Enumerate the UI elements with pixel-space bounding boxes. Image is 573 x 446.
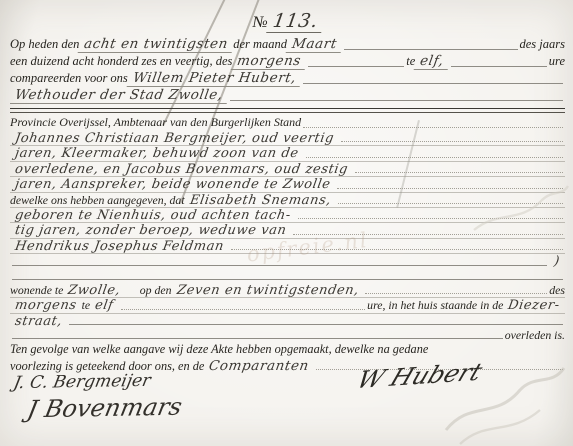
declarant-line: jaren, Kleermaker, behuwd zoon van de bbox=[10, 146, 565, 161]
fill-street-part1: Diezer- bbox=[502, 298, 565, 313]
fill-daypart: morgens bbox=[231, 53, 308, 70]
printed-text: Op heden den bbox=[10, 37, 79, 52]
overleden-line: overleden is. bbox=[10, 328, 565, 342]
dotted-rule bbox=[355, 171, 563, 173]
fill-husband-name: Hendrikus Josephus Feldman bbox=[10, 239, 230, 254]
dotted-rule bbox=[365, 292, 547, 294]
act-number-value: 113. bbox=[266, 10, 324, 33]
death-time-line: morgens te elf ure, in het huis staande … bbox=[10, 298, 565, 313]
printed-text: een duizend acht honderd zes en veertig,… bbox=[10, 54, 232, 69]
printed-text: dewelke ons hebben aangegeven, dat bbox=[10, 193, 185, 208]
rule bbox=[12, 278, 563, 280]
fill-comparanten: Comparanten bbox=[203, 358, 315, 374]
dotted-rule bbox=[121, 308, 366, 310]
printed-text: der maand bbox=[233, 37, 287, 52]
printed-text: overleden is. bbox=[505, 328, 565, 342]
intro-line-2: een duizend acht honderd zes en veertig,… bbox=[10, 53, 565, 70]
bracket-flourish: ) bbox=[548, 254, 565, 268]
intro-paragraph: Op heden den acht en twintigsten der maa… bbox=[10, 36, 565, 104]
declarant-line: Johannes Christiaan Bergmeijer, oud veer… bbox=[10, 131, 565, 146]
fill-declarant-1: Johannes Christiaan Bergmeijer, oud veer… bbox=[10, 131, 340, 146]
dotted-rule bbox=[231, 248, 563, 250]
intro-line-4: Wethouder der Stad Zwolle, bbox=[10, 87, 565, 104]
dotted-rule bbox=[306, 156, 563, 158]
closing-line-1: Ten gevolge van welke aangave wij deze A… bbox=[10, 342, 565, 358]
rule bbox=[12, 264, 547, 266]
printed-text: Ten gevolge van welke aangave wij deze A… bbox=[10, 342, 428, 357]
rule bbox=[308, 65, 404, 67]
rule bbox=[12, 337, 503, 339]
fill-official-title: Wethouder der Stad Zwolle, bbox=[10, 87, 229, 104]
printed-text: ure, in het huis staande in de bbox=[367, 298, 503, 313]
fill-declarant-2-details: jaren, Aanspreker, beide wonende te Zwol… bbox=[10, 177, 337, 192]
printed-text: Provincie Overijssel, Ambtenaar van den … bbox=[10, 115, 301, 130]
fill-hour: elf, bbox=[414, 53, 450, 70]
fill-declarant-1-details: jaren, Kleermaker, behuwd zoon van de bbox=[10, 146, 305, 161]
printed-text: ure bbox=[549, 54, 565, 69]
numero-sign: № bbox=[253, 14, 268, 32]
intro-line-3: compareerden voor ons Willem Pieter Hube… bbox=[10, 70, 565, 87]
ink-bleedthrough bbox=[440, 360, 570, 446]
death-certificate-scan: № 113. Op heden den acht en twintigsten … bbox=[0, 0, 573, 446]
fill-official-name: Willem Pieter Hubert, bbox=[126, 70, 302, 87]
fill-death-hour: elf bbox=[89, 298, 120, 313]
printed-text: op den bbox=[140, 283, 172, 298]
intro-line-1: Op heden den acht en twintigsten der maa… bbox=[10, 36, 565, 53]
fill-death-day: Zeven en twintigstenden, bbox=[170, 283, 364, 298]
fill-registration-day: acht en twintigsten bbox=[78, 36, 235, 53]
dotted-rule bbox=[303, 126, 563, 128]
printed-text: compareerden voor ons bbox=[10, 71, 128, 86]
printed-text: wonende te bbox=[10, 283, 63, 298]
rule bbox=[451, 65, 547, 67]
declarant-line: overledene, en Jacobus Bovenmars, oud ze… bbox=[10, 162, 565, 177]
double-rule bbox=[10, 108, 565, 113]
rule bbox=[344, 48, 518, 50]
street-line: straat, bbox=[10, 314, 565, 328]
printed-text: des jaars bbox=[520, 37, 566, 52]
fill-deceased-birth-age: geboren te Nienhuis, oud achten tach- bbox=[10, 208, 297, 223]
fill-residence: Zwolle, bbox=[62, 283, 127, 298]
signature-comparant-1: J. C. Bergmeijer bbox=[12, 371, 153, 393]
act-number: № 113. bbox=[10, 10, 565, 36]
blank-ruled-line bbox=[10, 269, 565, 283]
fill-death-daypart: morgens bbox=[10, 298, 83, 313]
registry-header: Provincie Overijssel, Ambtenaar van den … bbox=[10, 115, 565, 131]
widow-of-line: Hendrikus Josephus Feldman bbox=[10, 239, 565, 254]
signature-comparant-2: J Bovenmars bbox=[25, 393, 184, 424]
rule bbox=[230, 99, 563, 101]
fill-month: Maart bbox=[286, 36, 344, 53]
rule bbox=[69, 323, 563, 325]
printed-text: des bbox=[549, 283, 565, 298]
ink-bleedthrough bbox=[470, 180, 570, 240]
fill-street-part2: straat, bbox=[10, 314, 68, 328]
death-place-line: wonende te Zwolle, op den Zeven en twint… bbox=[10, 283, 565, 298]
blank-ruled-line: ) bbox=[10, 254, 565, 268]
fill-deceased-name: Elisabeth Snemans, bbox=[183, 193, 336, 208]
fill-declarant-2: overledene, en Jacobus Bovenmars, oud ze… bbox=[10, 162, 354, 177]
fill-deceased-occupation: tig jaren, zonder beroep, weduwe van bbox=[10, 223, 293, 238]
dotted-rule bbox=[341, 140, 563, 142]
rule bbox=[303, 82, 563, 84]
